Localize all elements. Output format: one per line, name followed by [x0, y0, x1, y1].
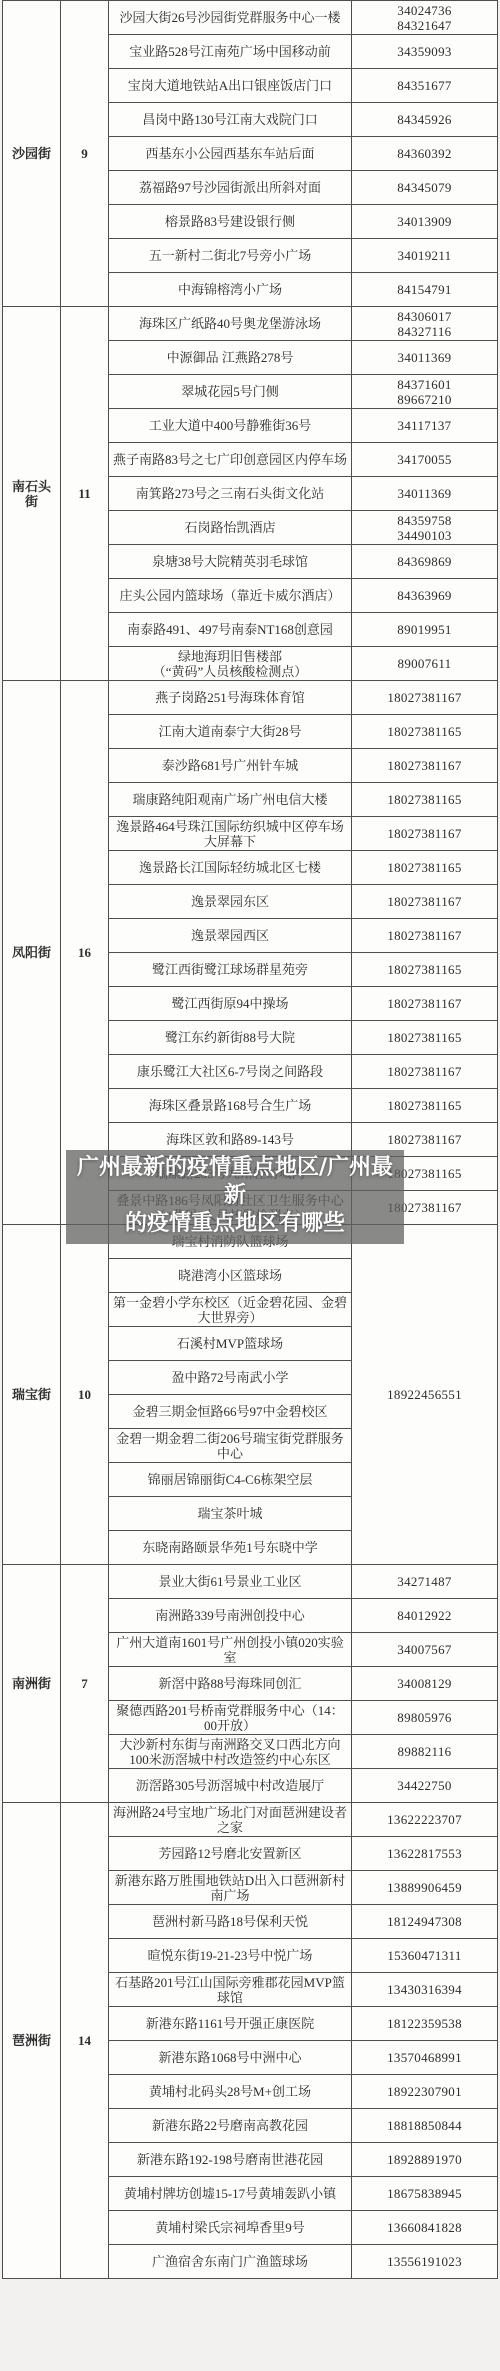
overlay-title-line1: 广州最新的疫情重点地区/广州最新 [68, 1154, 402, 1210]
phone-cell: 84345926 [352, 103, 498, 137]
phone-cell: 18922456551 [352, 1225, 498, 1565]
phone-cell: 34019211 [352, 239, 498, 273]
phone-cell: 18027381167 [352, 919, 498, 953]
phone-cell: 18027381165 [352, 851, 498, 885]
address-cell: 瑞康路纯阳观南广场广州电信大楼 [109, 783, 352, 817]
phone-cell: 34008129 [352, 1667, 498, 1701]
phone-cell: 84012922 [352, 1599, 498, 1633]
address-cell: 东晓南路颐景华苑1号东晓中学 [109, 1531, 352, 1565]
address-cell: 黄埔村牌坊创墟15-17号黄埔轰趴小镇 [109, 2177, 352, 2211]
phone-cell: 13430316394 [352, 1973, 498, 2007]
street-name-cell: 瑞宝街 [3, 1225, 61, 1565]
phone-cell: 34011369 [352, 477, 498, 511]
address-cell: 南箕路273号之三南石头街文化站 [109, 477, 352, 511]
address-cell: 翠城花园5号门侧 [109, 375, 352, 409]
phone-cell: 34007567 [352, 1633, 498, 1667]
phone-cell: 18928891970 [352, 2143, 498, 2177]
address-cell: 盈中路72号南武小学 [109, 1361, 352, 1395]
address-cell: 五一新村二街北7号旁小广场 [109, 239, 352, 273]
phone-cell: 84306017 84327116 [352, 307, 498, 341]
address-cell: 绿地海玥旧售楼部 （“黄码”人员核酸检测点） [109, 647, 352, 681]
address-cell: 工业大道中400号静雅街36号 [109, 409, 352, 443]
phone-cell: 89019951 [352, 613, 498, 647]
phone-cell: 13622817553 [352, 1837, 498, 1871]
address-cell: 西基东小公园西基东车站后面 [109, 137, 352, 171]
phone-cell: 13660841828 [352, 2211, 498, 2245]
address-cell: 锦丽居锦丽街C4-C6栋架空层 [109, 1463, 352, 1497]
table-row: 南洲街7景业大街61号景业工业区34271487 [3, 1565, 498, 1599]
site-count-cell: 7 [61, 1565, 109, 1803]
address-cell: 康乐鹭江大社区6-7号岗之间路段 [109, 1055, 352, 1089]
phone-cell: 84369869 [352, 545, 498, 579]
phone-cell: 84154791 [352, 273, 498, 307]
phone-cell: 18027381165 [352, 1089, 498, 1123]
phone-cell: 89805976 [352, 1701, 498, 1735]
address-cell: 中源御品 江燕路278号 [109, 341, 352, 375]
address-cell: 石溪村MVP篮球场 [109, 1327, 352, 1361]
phone-cell: 18027381167 [352, 817, 498, 851]
phone-cell: 18027381165 [352, 953, 498, 987]
site-count-cell: 11 [61, 307, 109, 681]
address-cell: 海珠区广纸路40号奥龙堡游泳场 [109, 307, 352, 341]
address-cell: 芳园路12号磨北安置新区 [109, 1837, 352, 1871]
address-cell: 沙园大街26号沙园街党群服务中心一楼 [109, 1, 352, 35]
address-cell: 南泰路491、497号南泰NT168创意园 [109, 613, 352, 647]
address-cell: 暄悦东街19-21-23号中悦广场 [109, 1939, 352, 1973]
address-cell: 中海锦榕湾小广场 [109, 273, 352, 307]
address-cell: 昌岗中路130号江南大戏院门口 [109, 103, 352, 137]
address-cell: 新滘中路88号海珠同创汇 [109, 1667, 352, 1701]
address-cell: 海珠区叠景路168号合生广场 [109, 1089, 352, 1123]
address-cell: 逸景路长江国际轻纺城北区七楼 [109, 851, 352, 885]
address-cell: 鹭江东约新街88号大院 [109, 1021, 352, 1055]
address-cell: 石岗路怡凯酒店 [109, 511, 352, 545]
phone-cell: 18027381167 [352, 681, 498, 715]
address-cell: 新港东路192-198号磨南世港花园 [109, 2143, 352, 2177]
address-cell: 逸景翠园西区 [109, 919, 352, 953]
phone-cell: 18124947308 [352, 1905, 498, 1939]
address-cell: 金碧一期金碧二街206号瑞宝街党群服务中心 [109, 1429, 352, 1463]
phone-cell: 18027381167 [352, 749, 498, 783]
phone-cell: 34011369 [352, 341, 498, 375]
phone-cell: 34359093 [352, 35, 498, 69]
phone-cell: 13570468991 [352, 2041, 498, 2075]
address-cell: 逸景翠园东区 [109, 885, 352, 919]
overlay-title-line2: 的疫情重点地区有哪些 [68, 1210, 402, 1238]
address-cell: 大沙新村东街与南洲路交叉口西北方向100米沥滘城中村改造签约中心东区 [109, 1735, 352, 1769]
address-cell: 晓港湾小区篮球场 [109, 1259, 352, 1293]
address-cell: 黄埔村梁氏宗祠埠香里9号 [109, 2211, 352, 2245]
site-count-cell: 16 [61, 681, 109, 1225]
phone-cell: 84371601 89667210 [352, 375, 498, 409]
phone-cell: 34013909 [352, 205, 498, 239]
table-row: 南石头街11海珠区广纸路40号奥龙堡游泳场84306017 84327116 [3, 307, 498, 341]
phone-cell: 13556191023 [352, 2245, 498, 2279]
address-cell: 逸景路464号珠江国际纺织城中区停车场大屏幕下 [109, 817, 352, 851]
phone-cell: 84360392 [352, 137, 498, 171]
phone-cell: 13622223707 [352, 1803, 498, 1837]
site-count-cell: 9 [61, 1, 109, 307]
nucleic-acid-sites-table: 沙园街9沙园大街26号沙园街党群服务中心一楼34024736 84321647宝… [2, 0, 498, 2279]
table-row: 沙园街9沙园大街26号沙园街党群服务中心一楼34024736 84321647 [3, 1, 498, 35]
address-cell: 广州大道南1601号广州创投小镇020实验室 [109, 1633, 352, 1667]
phone-cell: 18027381167 [352, 1055, 498, 1089]
address-cell: 鹭江西街鹭江球场群星苑旁 [109, 953, 352, 987]
address-cell: 泰沙路681号广州针车城 [109, 749, 352, 783]
address-cell: 新港东路1068号中洲中心 [109, 2041, 352, 2075]
street-name-cell: 沙园街 [3, 1, 61, 307]
phone-cell: 18027381165 [352, 783, 498, 817]
street-name-cell: 南洲街 [3, 1565, 61, 1803]
address-cell: 南洲路339号南洲创投中心 [109, 1599, 352, 1633]
title-overlay: 广州最新的疫情重点地区/广州最新 的疫情重点地区有哪些 [66, 1150, 404, 1244]
address-cell: 宝岗大道地铁站A出口银座饭店门口 [109, 69, 352, 103]
address-cell: 新港东路1161号开强正康医院 [109, 2007, 352, 2041]
phone-cell: 84359758 34490103 [352, 511, 498, 545]
phone-cell: 18122359538 [352, 2007, 498, 2041]
phone-cell: 18027381167 [352, 987, 498, 1021]
table-row: 琶洲街14海洲路24号宝地广场北门对面琶洲建设者之家13622223707 [3, 1803, 498, 1837]
phone-cell: 84363969 [352, 579, 498, 613]
address-cell: 榕景路83号建设银行侧 [109, 205, 352, 239]
phone-cell: 89882116 [352, 1735, 498, 1769]
street-name-cell: 琶洲街 [3, 1803, 61, 2279]
page-background: 沙园街9沙园大街26号沙园街党群服务中心一楼34024736 84321647宝… [0, 0, 500, 2371]
phone-cell: 18027381165 [352, 715, 498, 749]
phone-cell: 34422750 [352, 1769, 498, 1803]
street-name-cell: 南石头街 [3, 307, 61, 681]
phone-cell: 34170055 [352, 443, 498, 477]
address-cell: 泉塘38号大院精英羽毛球馆 [109, 545, 352, 579]
site-count-cell: 10 [61, 1225, 109, 1565]
address-cell: 瑞宝茶叶城 [109, 1497, 352, 1531]
address-cell: 鹭江西街原94中操场 [109, 987, 352, 1021]
address-cell: 沥滘路305号沥滘城中村改造展厅 [109, 1769, 352, 1803]
address-cell: 海洲路24号宝地广场北门对面琶洲建设者之家 [109, 1803, 352, 1837]
phone-cell: 18027381165 [352, 1021, 498, 1055]
phone-cell: 18675838945 [352, 2177, 498, 2211]
street-name-cell: 凤阳街 [3, 681, 61, 1225]
address-cell: 庄头公园内篮球场（靠近卡威尔酒店） [109, 579, 352, 613]
site-count-cell: 14 [61, 1803, 109, 2279]
phone-cell: 13889906459 [352, 1871, 498, 1905]
phone-cell: 15360471311 [352, 1939, 498, 1973]
address-cell: 江南大道南泰宁大街28号 [109, 715, 352, 749]
address-cell: 宝业路528号江南苑广场中国移动前 [109, 35, 352, 69]
phone-cell: 18818850844 [352, 2109, 498, 2143]
address-cell: 燕子南路83号之七广印创意园区内停车场 [109, 443, 352, 477]
phone-cell: 84351677 [352, 69, 498, 103]
address-cell: 景业大街61号景业工业区 [109, 1565, 352, 1599]
address-cell: 石基路201号江山国际旁雅郡花园MVP篮球馆 [109, 1973, 352, 2007]
address-cell: 黄埔村北码头28号M+创工场 [109, 2075, 352, 2109]
address-cell: 金碧三期金恒路66号97中金碧校区 [109, 1395, 352, 1429]
table-row: 凤阳街16燕子岗路251号海珠体育馆18027381167 [3, 681, 498, 715]
phone-cell: 34024736 84321647 [352, 1, 498, 35]
address-cell: 聚德西路201号桥南党群服务中心（14：00开放） [109, 1701, 352, 1735]
phone-cell: 89007611 [352, 647, 498, 681]
address-cell: 新港东路22号磨南高教花园 [109, 2109, 352, 2143]
address-cell: 广渔宿舍东南门广渔篮球场 [109, 2245, 352, 2279]
address-cell: 琶洲村新马路18号保利天悦 [109, 1905, 352, 1939]
phone-cell: 34271487 [352, 1565, 498, 1599]
address-cell: 燕子岗路251号海珠体育馆 [109, 681, 352, 715]
phone-cell: 84345079 [352, 171, 498, 205]
address-cell: 荔福路97号沙园街派出所斜对面 [109, 171, 352, 205]
phone-cell: 18922307901 [352, 2075, 498, 2109]
address-cell: 新港东路万胜围地铁站D出入口琶洲新村南广场 [109, 1871, 352, 1905]
table-body: 沙园街9沙园大街26号沙园街党群服务中心一楼34024736 84321647宝… [3, 1, 498, 2279]
address-cell: 第一金碧小学东校区（近金碧花园、金碧大世界旁） [109, 1293, 352, 1327]
phone-cell: 34117137 [352, 409, 498, 443]
phone-cell: 18027381167 [352, 885, 498, 919]
